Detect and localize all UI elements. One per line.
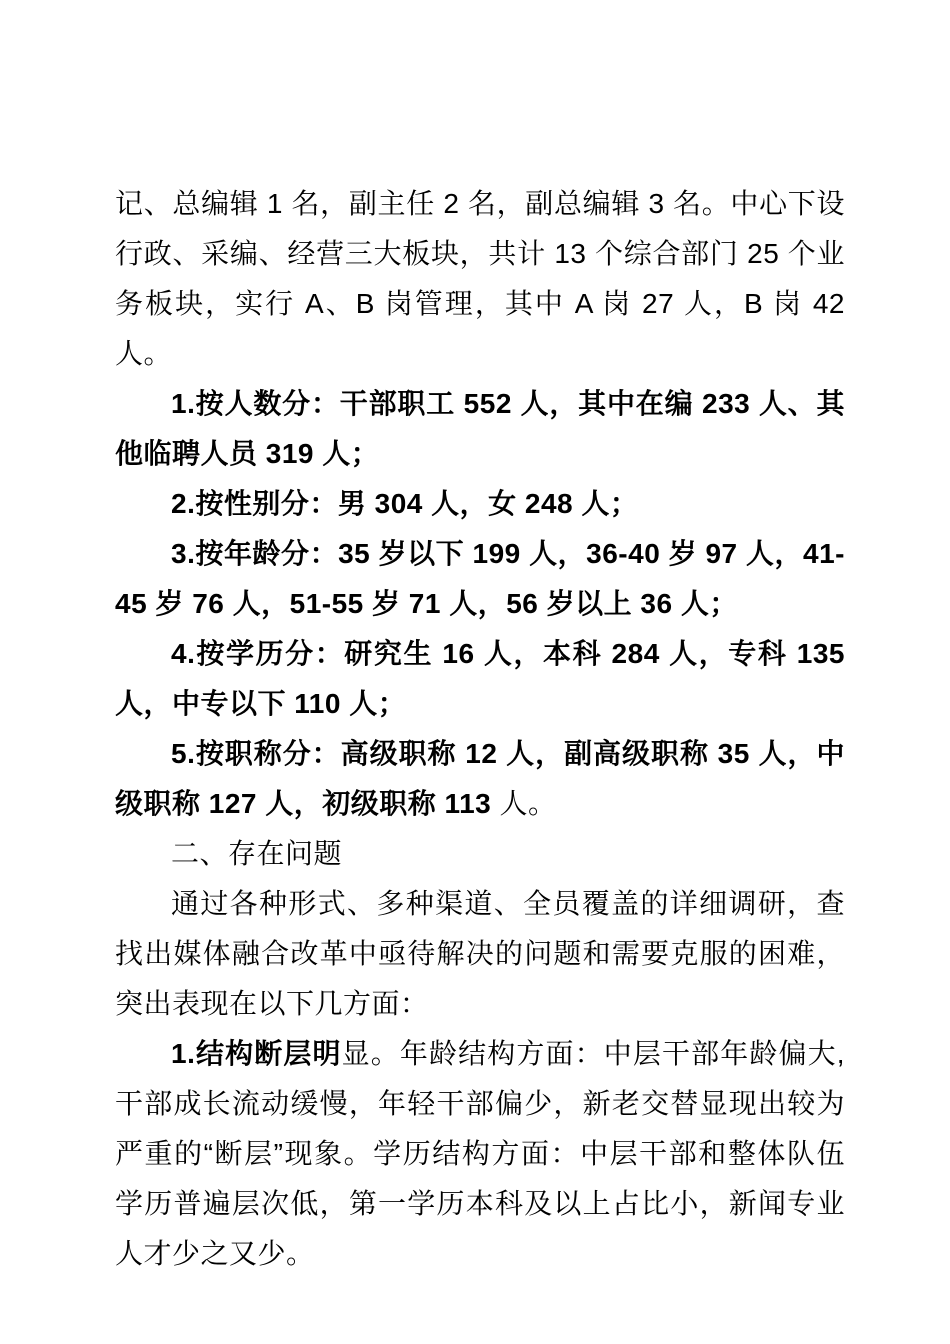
text-run: 1.结构断层明 — [171, 1038, 342, 1069]
text-run: 1.按人数分：干部职工 552 人，其中在编 233 人、其他临聘人员 319 … — [115, 388, 845, 469]
document-body: 记、总编辑 1 名，副主任 2 名，副总编辑 3 名。中心下设行政、采编、经营三… — [115, 179, 845, 1279]
paragraph: 5.按职称分：高级职称 12 人，副高级职称 35 人，中级职称 127 人，初… — [115, 729, 845, 829]
text-run: 通过各种形式、多种渠道、全员覆盖的详细调研，查找出媒体融合改革中亟待解决的问题和… — [115, 888, 845, 1019]
paragraph: 1.结构断层明显。年龄结构方面：中层干部年龄偏大,干部成长流动缓慢，年轻干部偏少… — [115, 1029, 845, 1279]
paragraph: 3.按年龄分：35 岁以下 199 人，36-40 岁 97 人，41-45 岁… — [115, 529, 845, 629]
text-run: 2.按性别分：男 304 人，女 248 人； — [171, 488, 638, 519]
text-run: 4.按学历分：研究生 16 人，本科 284 人，专科 135 人，中专以下 1… — [115, 638, 845, 719]
paragraph: 记、总编辑 1 名，副主任 2 名，副总编辑 3 名。中心下设行政、采编、经营三… — [115, 179, 845, 379]
paragraph: 二、存在问题 — [115, 829, 845, 879]
text-run: 3.按年龄分：35 岁以下 199 人，36-40 岁 97 人，41-45 岁… — [115, 538, 845, 619]
paragraph: 2.按性别分：男 304 人，女 248 人； — [115, 479, 845, 529]
paragraph: 1.按人数分：干部职工 552 人，其中在编 233 人、其他临聘人员 319 … — [115, 379, 845, 479]
text-run: 二、存在问题 — [171, 838, 342, 869]
document-page: 记、总编辑 1 名，副主任 2 名，副总编辑 3 名。中心下设行政、采编、经营三… — [0, 0, 950, 1344]
text-run: 显。年龄结构方面：中层干部年龄偏大,干部成长流动缓慢，年轻干部偏少，新老交替显现… — [115, 1038, 845, 1269]
text-run: 5.按职称分：高级职称 12 人，副高级职称 35 人，中级职称 127 人，初… — [115, 738, 845, 819]
paragraph: 4.按学历分：研究生 16 人，本科 284 人，专科 135 人，中专以下 1… — [115, 629, 845, 729]
text-run: 记、总编辑 1 名，副主任 2 名，副总编辑 3 名。中心下设行政、采编、经营三… — [115, 188, 845, 369]
text-run: 人。 — [500, 788, 557, 819]
paragraph: 通过各种形式、多种渠道、全员覆盖的详细调研，查找出媒体融合改革中亟待解决的问题和… — [115, 879, 845, 1029]
